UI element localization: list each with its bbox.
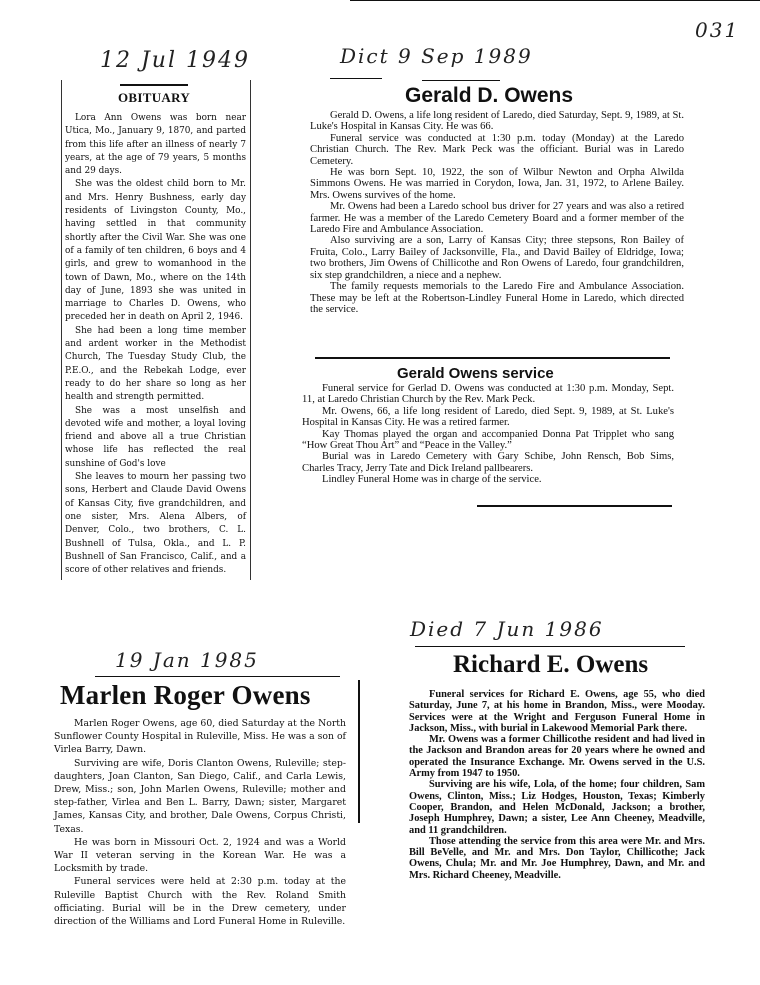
paragraph: Mr. Owens was a former Chillicothe resid…: [409, 734, 705, 779]
paragraph: Lindley Funeral Home was in charge of th…: [302, 474, 674, 485]
paragraph: Funeral services for Richard E. Owens, a…: [409, 689, 705, 734]
obituary-body: Lora Ann Owens was born near Utica, Mo.,…: [65, 112, 246, 577]
date-underline: [422, 80, 500, 81]
paragraph: She had been a long time member and arde…: [65, 325, 246, 405]
paragraph: Mr. Owens, 66, a life long resident of L…: [302, 406, 674, 429]
paragraph: Kay Thomas played the organ and accompan…: [302, 429, 674, 452]
obituary-title: Richard E. Owens: [453, 651, 648, 679]
obituary-body: Marlen Roger Owens, age 60, died Saturda…: [54, 717, 346, 928]
obituary-body: Gerald D. Owens, a life long resident of…: [310, 110, 684, 315]
handwritten-date: 12 Jul 1949: [100, 48, 250, 73]
paragraph: She leaves to mourn her passing two sons…: [65, 471, 246, 577]
paragraph: Surviving are wife, Doris Clanton Owens,…: [54, 757, 346, 836]
obituary-heading: OBITUARY: [61, 90, 249, 106]
handwritten-date: 19 Jan 1985: [115, 648, 259, 672]
divider-rule: [477, 505, 672, 507]
date-underline: [330, 78, 382, 79]
paragraph: Also surviving are a son, Larry of Kansa…: [310, 235, 684, 281]
paragraph: Marlen Roger Owens, age 60, died Saturda…: [54, 717, 346, 757]
obituary-title: Marlen Roger Owens: [60, 680, 311, 711]
paragraph: Gerald D. Owens, a life long resident of…: [310, 110, 684, 133]
service-body: Funeral service for Gerlad D. Owens was …: [302, 383, 674, 486]
paragraph: Surviving are his wife, Lola, of the hom…: [409, 779, 705, 835]
paragraph: She was the oldest child born to Mr. and…: [65, 178, 246, 324]
date-underline: [415, 646, 685, 647]
paragraph: He was born in Missouri Oct. 2, 1924 and…: [54, 836, 346, 876]
paragraph: Lora Ann Owens was born near Utica, Mo.,…: [65, 112, 246, 178]
paragraph: She was a most unselfish and devoted wif…: [65, 405, 246, 471]
paragraph: The family requests memorials to the Lar…: [310, 281, 684, 315]
heading-rule: [120, 84, 188, 86]
paragraph: Funeral service for Gerlad D. Owens was …: [302, 383, 674, 406]
paragraph: Funeral service was conducted at 1:30 p.…: [310, 133, 684, 167]
service-title: Gerald Owens service: [397, 365, 554, 382]
divider-rule: [315, 357, 670, 359]
paragraph: Those attending the service from this ar…: [409, 836, 705, 881]
scan-edge-line: [350, 0, 760, 1]
paragraph: Mr. Owens had been a Laredo school bus d…: [310, 201, 684, 235]
paragraph: Funeral services were held at 2:30 p.m. …: [54, 875, 346, 928]
handwritten-date: Dict 9 Sep 1989: [340, 44, 533, 68]
column-rule: [358, 680, 360, 823]
obituary-title: Gerald D. Owens: [405, 84, 573, 108]
handwritten-date: Died 7 Jun 1986: [410, 617, 604, 641]
paragraph: Burial was in Laredo Cemetery with Gary …: [302, 451, 674, 474]
paragraph: He was born Sept. 10, 1922, the son of W…: [310, 167, 684, 201]
date-underline: [95, 676, 340, 677]
obituary-body: Funeral services for Richard E. Owens, a…: [409, 689, 705, 881]
page-number: 031: [695, 18, 739, 42]
